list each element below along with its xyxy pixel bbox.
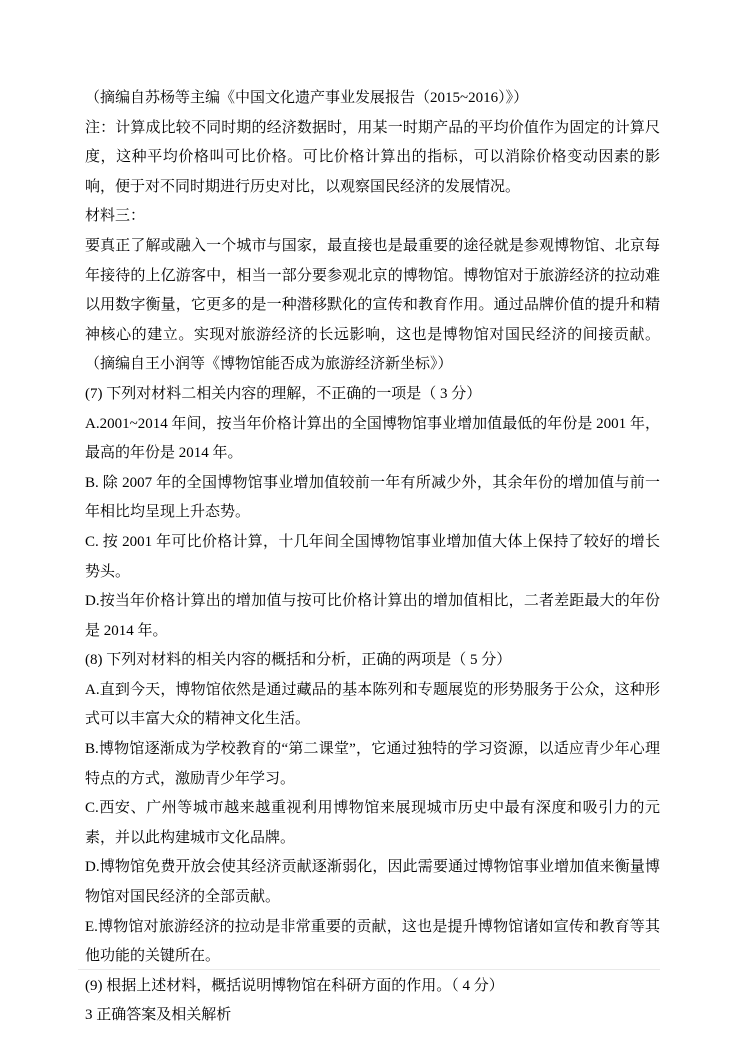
comparable-price-note: 注：计算成比较不同时期的经济数据时，用某一时期产品的平均价值作为固定的计算尺度，… (85, 114, 660, 203)
answer-section-heading: 3 正确答案及相关解析 (85, 1001, 660, 1031)
question8-stem: (8) 下列对材料的相关内容的概括和分析，正确的两项是（ 5 分） (85, 646, 660, 676)
section-divider (78, 969, 660, 970)
material3-heading: 材料三： (85, 202, 660, 232)
material3-body: 要真正了解或融入一个城市与国家，最直接也是最重要的途径就是参观博物馆、北京每年接… (85, 232, 660, 380)
question8-option-b: B.博物馆逐渐成为学校教育的“第二课堂”，它通过独特的学习资源，以适应青少年心理… (85, 735, 660, 794)
question8-option-d: D.博物馆免费开放会使其经济贡献逐渐弱化，因此需要通过博物馆事业增加值来衡量博物… (85, 853, 660, 912)
document-content: （摘编自苏杨等主编《中国文化遗产事业发展报告（2015~2016）》） 注：计算… (85, 84, 660, 1031)
material2-citation: （摘编自苏杨等主编《中国文化遗产事业发展报告（2015~2016）》） (85, 84, 660, 114)
question9-stem: (9) 根据上述材料，概括说明博物馆在科研方面的作用。（ 4 分） (85, 972, 660, 1002)
question7-option-c: C. 按 2001 年可比价格计算，十几年间全国博物馆事业增加值大体上保持了较好… (85, 528, 660, 587)
question8-option-e: E.博物馆对旅游经济的拉动是非常重要的贡献，这也是提升博物馆诸如宣传和教育等其他… (85, 913, 660, 972)
question8-option-a: A.直到今天，博物馆依然是通过藏品的基本陈列和专题展览的形势服务于公众，这种形式… (85, 676, 660, 735)
question7-stem: (7) 下列对材料二相关内容的理解，不正确的一项是（ 3 分） (85, 380, 660, 410)
question8-option-c: C.西安、广州等城市越来越重视利用博物馆来展现城市历史中最有深度和吸引力的元素，… (85, 794, 660, 853)
question7-option-d: D.按当年价格计算出的增加值与按可比价格计算出的增加值相比，二者差距最大的年份是… (85, 587, 660, 646)
question7-option-a: A.2001~2014 年间，按当年价格计算出的全国博物馆事业增加值最低的年份是… (85, 410, 660, 469)
document-page: （摘编自苏杨等主编《中国文化遗产事业发展报告（2015~2016）》） 注：计算… (0, 0, 741, 1049)
question7-option-b: B. 除 2007 年的全国博物馆事业增加值较前一年有所减少外，其余年份的增加值… (85, 469, 660, 528)
